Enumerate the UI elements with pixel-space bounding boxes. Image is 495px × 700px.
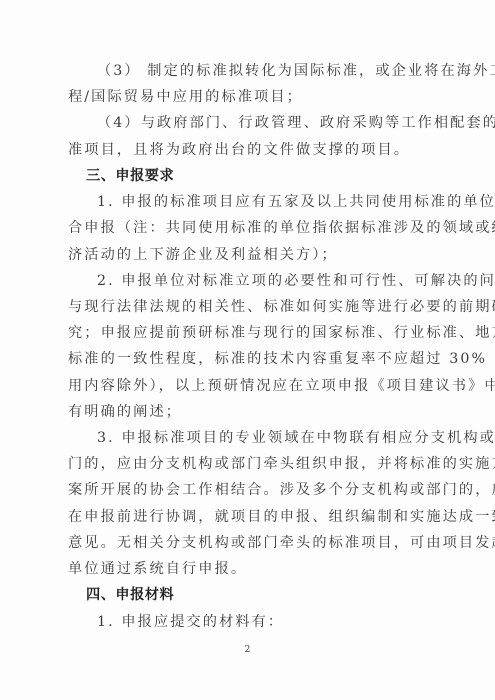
paragraph-line: 用内容除外），以上预研情况应在立项申报《项目建议书》中 (68, 373, 434, 399)
page-number: 2 (0, 645, 495, 655)
paragraph-line: 单位通过系统自行申报。 (68, 556, 434, 582)
paragraph-line: 1. 申报的标准项目应有五家及以上共同使用标准的单位联 (97, 189, 434, 215)
paragraph-line: 与现行法律法规的相关性、标准如何实施等进行必要的前期研 (68, 294, 434, 320)
paragraph-line: 标准的一致性程度，标准的技术内容重复率不应超过 30%（引 (68, 346, 434, 372)
paragraph-line: 程/国际贸易中应用的标准项目； (68, 84, 434, 110)
paragraph-line: 合申报（注：共同使用标准的单位指依据标准涉及的领域或经 (68, 215, 434, 241)
paragraph-line: 准项目，且将为政府出台的文件做支撑的项目。 (68, 137, 434, 163)
document-page: （3） 制定的标准拟转化为国际标准，或企业将在海外工 程/国际贸易中应用的标准项… (0, 0, 495, 700)
paragraph-line: 1. 申报应提交的材料有： (97, 609, 434, 635)
paragraph-line: 3. 申报标准项目的专业领域在中物联有相应分支机构或部 (97, 425, 434, 451)
paragraph-line: 在申报前进行协调，就项目的申报、组织编制和实施达成一致 (68, 504, 434, 530)
paragraph-line: 2. 申报单位对标准立项的必要性和可行性、可解决的问题、 (97, 268, 434, 294)
paragraph-line: 门的，应由分支机构或部门牵头组织申报，并将标准的实施方 (68, 451, 434, 477)
paragraph-line: 意见。无相关分支机构或部门牵头的标准项目，可由项目发起 (68, 530, 434, 556)
paragraph-line: 有明确的阐述； (68, 399, 434, 425)
paragraph-line: （4）与政府部门、行政管理、政府采购等工作相配套的标 (97, 110, 434, 136)
paragraph-line: 济活动的上下游企业及利益相关方）； (68, 242, 434, 268)
paragraph-line: 案所开展的协会工作相结合。涉及多个分支机构或部门的，应 (68, 477, 434, 503)
section-heading: 四、申报材料 (86, 582, 452, 608)
paragraph-line: （3） 制定的标准拟转化为国际标准，或企业将在海外工 (97, 58, 434, 84)
section-heading: 三、申报要求 (86, 163, 452, 189)
paragraph-line: 究；申报应提前预研标准与现行的国家标准、行业标准、地方 (68, 320, 434, 346)
